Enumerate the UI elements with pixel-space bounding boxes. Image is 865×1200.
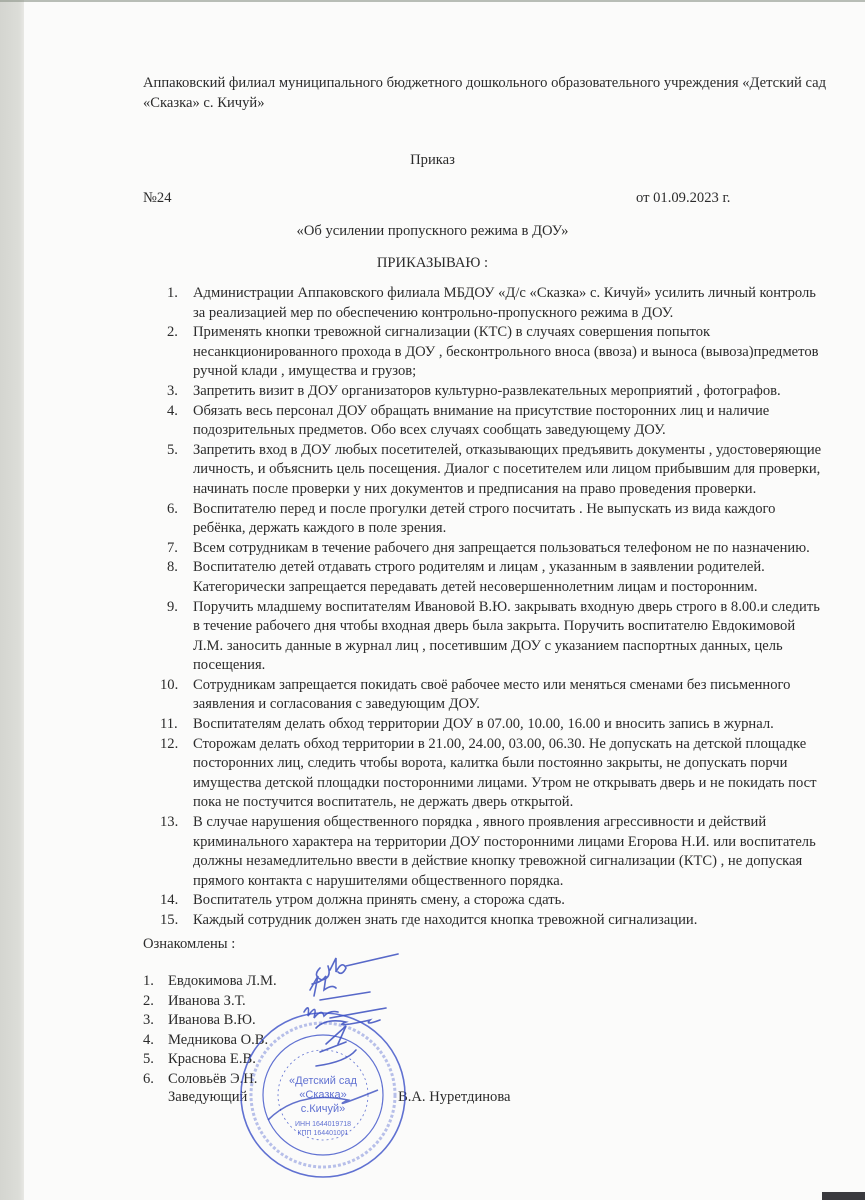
official-stamp-icon: «Детский сад «Сказка» с.Кичуй» ИНН 16440… <box>238 1010 408 1180</box>
order-item: 3.Запретить визит в ДОУ организаторов ку… <box>167 382 827 402</box>
order-number: №24 <box>143 190 172 207</box>
order-item: 12.Сторожам делать обход территории в 21… <box>167 735 827 813</box>
document-type: Приказ <box>0 152 865 169</box>
head-name: В.А. Нуретдинова <box>398 1089 511 1106</box>
order-item: 1.Администрации Аппаковского филиала МБД… <box>167 284 827 323</box>
order-item: 11.Воспитателям делать обход территории … <box>167 715 827 735</box>
order-date: от 01.09.2023 г. <box>636 190 730 207</box>
order-item: 8.Воспитателю детей отдавать строго роди… <box>167 558 827 597</box>
order-item: 9.Поручить младшему воспитателям Иваново… <box>167 598 827 676</box>
order-item: 7.Всем сотрудникам в течение рабочего дн… <box>167 539 827 559</box>
order-item: 5.Запретить вход в ДОУ любых посетителей… <box>167 441 827 500</box>
order-item: 14.Воспитатель утром должна принять смен… <box>167 891 827 911</box>
svg-text:с.Кичуй»: с.Кичуй» <box>301 1103 346 1115</box>
order-items-list: 1.Администрации Аппаковского филиала МБД… <box>167 284 827 931</box>
acknowledged-person: 1.Евдокимова Л.М. <box>143 972 277 992</box>
order-item: 2.Применять кнопки тревожной сигнализаци… <box>167 323 827 382</box>
order-item: 15.Каждый сотрудник должен знать где нах… <box>167 911 827 931</box>
acknowledged-label: Ознакомлены : <box>143 936 235 953</box>
order-item: 4.Обязать весь персонал ДОУ обращать вни… <box>167 402 827 441</box>
order-item: 6.Воспитателю перед и после прогулки дет… <box>167 500 827 539</box>
order-item: 10.Сотрудникам запрещается покидать своё… <box>167 676 827 715</box>
svg-text:КПП 164401001: КПП 164401001 <box>297 1130 348 1137</box>
head-title: Заведующий <box>168 1089 247 1106</box>
order-item: 13.В случае нарушения общественного поря… <box>167 813 827 891</box>
order-subject: «Об усилении пропускного режима в ДОУ» <box>0 223 865 240</box>
organization-header: Аппаковский филиал муниципального бюджет… <box>143 73 843 113</box>
acknowledged-person: 2.Иванова З.Т. <box>143 992 277 1012</box>
document-page: Аппаковский филиал муниципального бюджет… <box>0 0 865 1200</box>
order-heading: ПРИКАЗЫВАЮ : <box>0 255 865 272</box>
svg-text:ИНН 1644019718: ИНН 1644019718 <box>295 1121 351 1128</box>
svg-text:«Детский сад: «Детский сад <box>289 1075 358 1087</box>
